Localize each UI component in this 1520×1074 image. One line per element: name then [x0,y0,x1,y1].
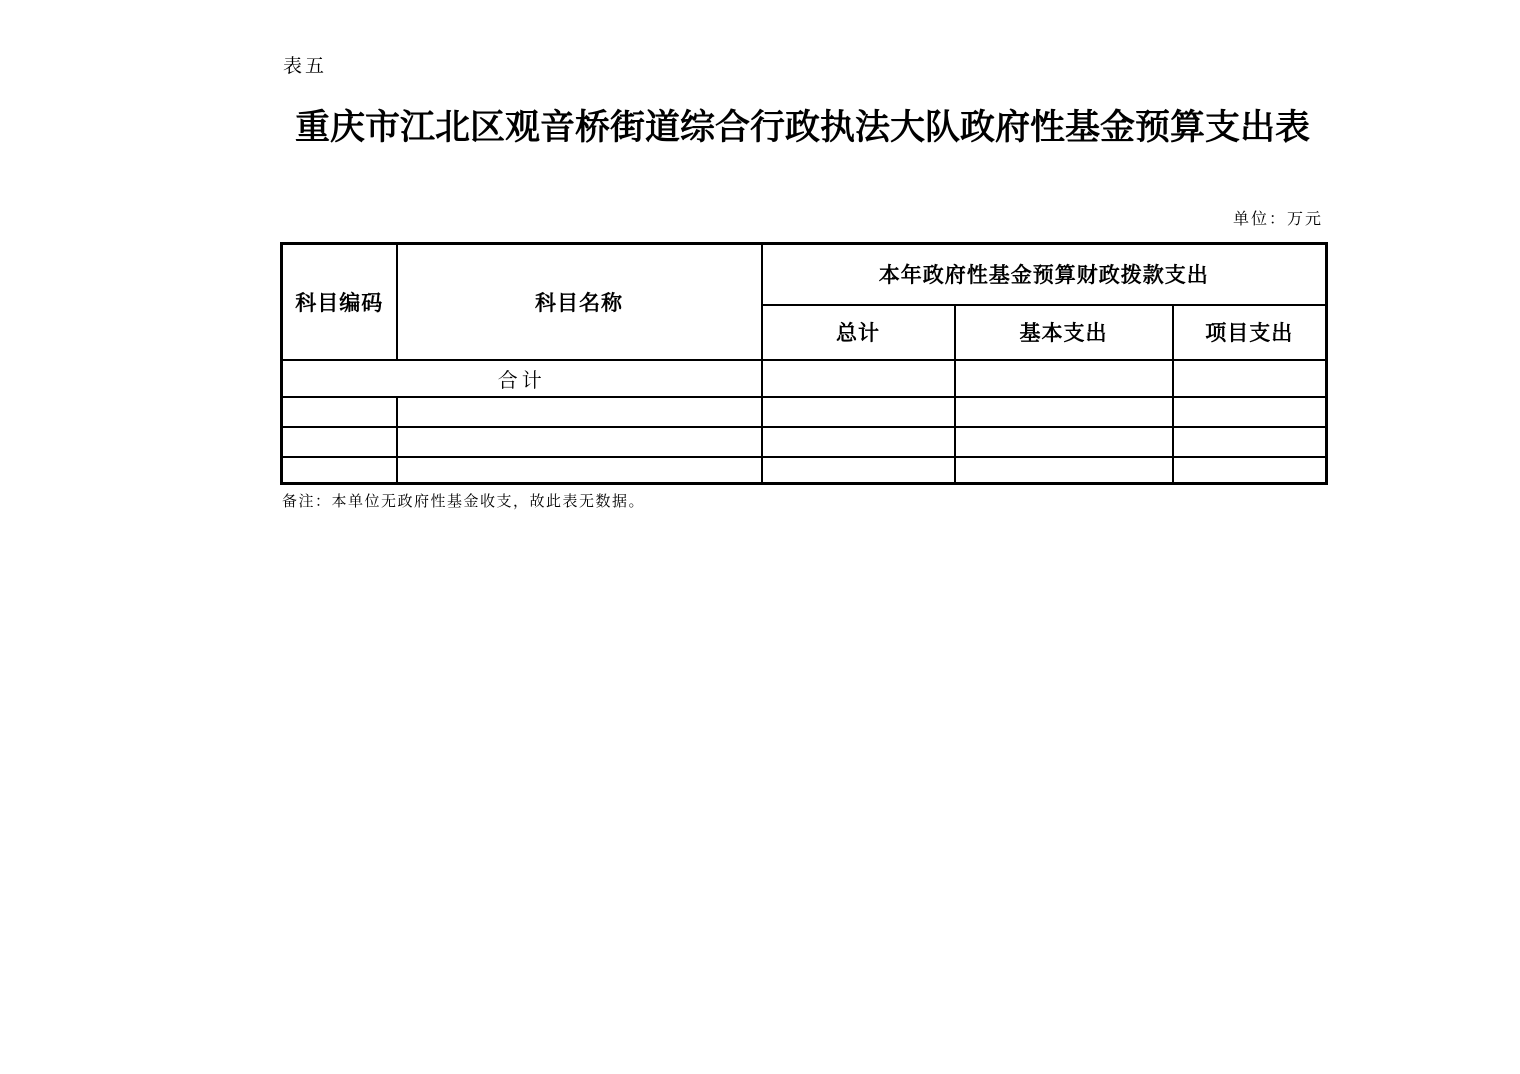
header-fund-appropriation-group: 本年政府性基金预算财政拨款支出 [762,244,1327,305]
cell-basic [955,427,1173,457]
cell-subject-code [282,427,397,457]
total-row-total-value [762,360,955,397]
total-row-basic-value [955,360,1173,397]
total-row-label: 合计 [282,360,762,397]
budget-table: 科目编码 科目名称 本年政府性基金预算财政拨款支出 总计 基本支出 项目支出 合… [280,242,1328,485]
cell-basic [955,397,1173,427]
table-row [282,427,1327,457]
page-title: 重庆市江北区观音桥街道综合行政执法大队政府性基金预算支出表 [280,100,1325,150]
header-project-expenditure: 项目支出 [1173,305,1327,360]
header-subject-code: 科目编码 [282,244,397,360]
header-basic-expenditure: 基本支出 [955,305,1173,360]
footnote: 备注：本单位无政府性基金收支，故此表无数据。 [282,490,645,511]
header-subject-name: 科目名称 [397,244,762,360]
cell-subject-name [397,427,762,457]
document-page: 表五 重庆市江北区观音桥街道综合行政执法大队政府性基金预算支出表 单位：万元 科… [0,0,1520,1074]
cell-total [762,427,955,457]
unit-of-measure-label: 单位：万元 [280,206,1323,229]
table-row-total: 合计 [282,360,1327,397]
table-row [282,457,1327,484]
table-header-row-1: 科目编码 科目名称 本年政府性基金预算财政拨款支出 [282,244,1327,305]
cell-subject-name [397,457,762,484]
cell-project [1173,427,1327,457]
table-number-label: 表五 [283,51,327,78]
table-row [282,397,1327,427]
total-row-project-value [1173,360,1327,397]
cell-total [762,457,955,484]
cell-total [762,397,955,427]
cell-project [1173,397,1327,427]
header-total: 总计 [762,305,955,360]
cell-project [1173,457,1327,484]
cell-subject-name [397,397,762,427]
cell-basic [955,457,1173,484]
cell-subject-code [282,457,397,484]
cell-subject-code [282,397,397,427]
